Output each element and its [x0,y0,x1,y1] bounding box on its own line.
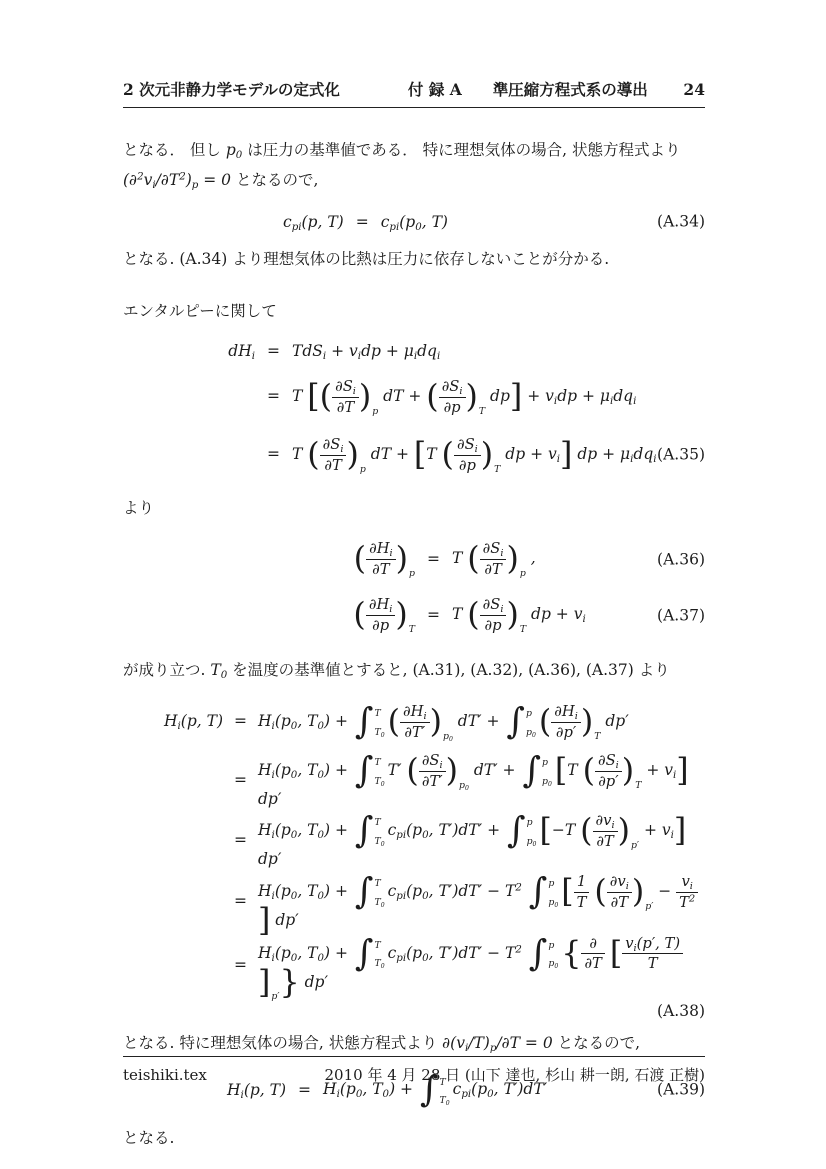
equation-tag: (A.34) [657,213,705,232]
page-footer: teishiki.tex 2010 年 4 月 28 日 (山下 達也, 杉山 … [123,1056,705,1086]
equation-lhs: dHi [123,342,255,361]
equals-sign: = [223,956,258,975]
equation-lhs: (∂Hi∂T)p [123,540,415,578]
equals-sign: = [344,213,381,232]
equation-rhs: T (∂Si∂T)p dT + [T (∂Si∂p)T dp + vi] dp … [292,436,657,474]
equation-tag: (A.37) [657,606,705,625]
footer-date-authors: 2010 年 4 月 28 日 (山下 達也, 杉山 耕一朗, 石渡 正樹) [325,1066,706,1086]
running-title: 2 次元非静力学モデルの定式化 [123,80,340,99]
equals-sign: = [223,771,258,790]
equation-rhs: T (∂Si∂p)T dp + vi [452,596,586,634]
equation-tag: (A.36) [657,550,705,569]
page-header: 2 次元非静力学モデルの定式化 付 録 A 準圧縮方程式系の導出 24 [123,80,705,108]
equation-a38-row5: = Hi(p0, T0) + ∫TT0cpi(p0, T′)dT′ − T2 ∫… [123,933,705,999]
paragraph-after-a34: となる. (A.34) より理想気体の比熱は圧力に依存しないことが分かる. [123,245,705,274]
paragraph-enthalpy: エンタルピーに関して [123,297,705,326]
equation-a38-row4: = Hi(p0, T0) + ∫TT0cpi(p0, T′)dT′ − T2 ∫… [123,871,705,933]
equation-block-a38: Hi(p, T) = Hi(p0, T0) + ∫TT0(∂Hi∂T′)p0 d… [123,693,705,1023]
equation-a37: (∂Hi∂p)T = T (∂Si∂p)T dp + vi (A.37) [123,588,705,644]
equation-a35-row3: = T (∂Si∂T)p dT + [T (∂Si∂p)T dp + vi] d… [123,426,705,484]
equation-rhs: cpi(p0, T) [381,213,448,232]
equation-rhs: Hi(p0, T0) + ∫TT0(∂Hi∂T′)p0 dT′ + ∫pp0(∂… [258,703,629,741]
equation-a35-row2: = T [(∂Si∂T)p dT + (∂Si∂p)T dp] + vidp +… [123,368,705,426]
equation-rhs: Hi(p0, T0) + ∫TT0cpi(p0, T′)dT′ − T2 ∫pp… [258,873,705,931]
equation-rhs: T [(∂Si∂T)p dT + (∂Si∂p)T dp] + vidp + μ… [292,378,636,416]
equation-tag: (A.38) [123,999,705,1023]
equals-sign: = [255,342,292,361]
equals-sign: = [255,445,292,464]
equals-sign: = [223,712,258,731]
appendix-title: 付 録 A 準圧縮方程式系の導出 [408,80,648,99]
equation-a38-row3: = Hi(p0, T0) + ∫TT0cpi(p0, T′)dT′ + ∫pp0… [123,811,705,871]
document-page: 2 次元非静力学モデルの定式化 付 録 A 準圧縮方程式系の導出 24 となる．… [0,0,826,1169]
equation-a38-row2: = Hi(p0, T0) + ∫TT0T′ (∂Si∂T′)p0 dT′ + ∫… [123,751,705,811]
paragraph-yori: より [123,494,705,523]
paragraph-intro: となる． 但し p0 は圧力の基準値である． 特に理想気体の場合, 状態方程式よ… [123,136,705,195]
page-body: となる． 但し p0 は圧力の基準値である． 特に理想気体の場合, 状態方程式よ… [123,136,705,1154]
equals-sign: = [415,606,452,625]
equation-lhs: (∂Hi∂p)T [123,596,415,634]
page-number: 24 [683,80,705,99]
equation-block-a35: dHi = TdSi + vidp + μidqi = T [(∂Si∂T)p … [123,336,705,484]
equation-rhs: Hi(p0, T0) + ∫TT0cpi(p0, T′)dT′ − T2 ∫pp… [258,935,705,998]
paragraph-closing: となる. [123,1124,705,1153]
equation-rhs: Hi(p0, T0) + ∫TT0cpi(p0, T′)dT′ + ∫pp0[−… [258,812,705,870]
equals-sign: = [223,831,258,850]
equation-lhs: cpi(p, T) [283,213,344,232]
equation-lhs: Hi(p, T) [123,712,223,731]
equals-sign: = [255,387,292,406]
equation-rhs: TdSi + vidp + μidqi [292,342,440,361]
equation-a38-row1: Hi(p, T) = Hi(p0, T0) + ∫TT0(∂Hi∂T′)p0 d… [123,693,705,751]
equation-a34: cpi(p, T) = cpi(p0, T) (A.34) [123,205,705,239]
paragraph-before-a38: が成り立つ. T0 を温度の基準値とすると, (A.31), (A.32), (… [123,656,705,685]
equals-sign: = [415,550,452,569]
equation-rhs: Hi(p0, T0) + ∫TT0T′ (∂Si∂T′)p0 dT′ + ∫pp… [258,752,705,810]
equals-sign: = [223,892,258,911]
paragraph-before-a39: となる. 特に理想気体の場合, 状態方程式より ∂(vi/T)p/∂T = 0 … [123,1029,705,1058]
equation-tag: (A.35) [657,445,705,464]
equation-a36: (∂Hi∂T)p = T (∂Si∂T)p , (A.36) [123,532,705,588]
footer-filename: teishiki.tex [123,1066,207,1086]
equation-a35-row1: dHi = TdSi + vidp + μidqi [123,336,705,368]
equation-rhs: T (∂Si∂T)p , [452,540,536,578]
